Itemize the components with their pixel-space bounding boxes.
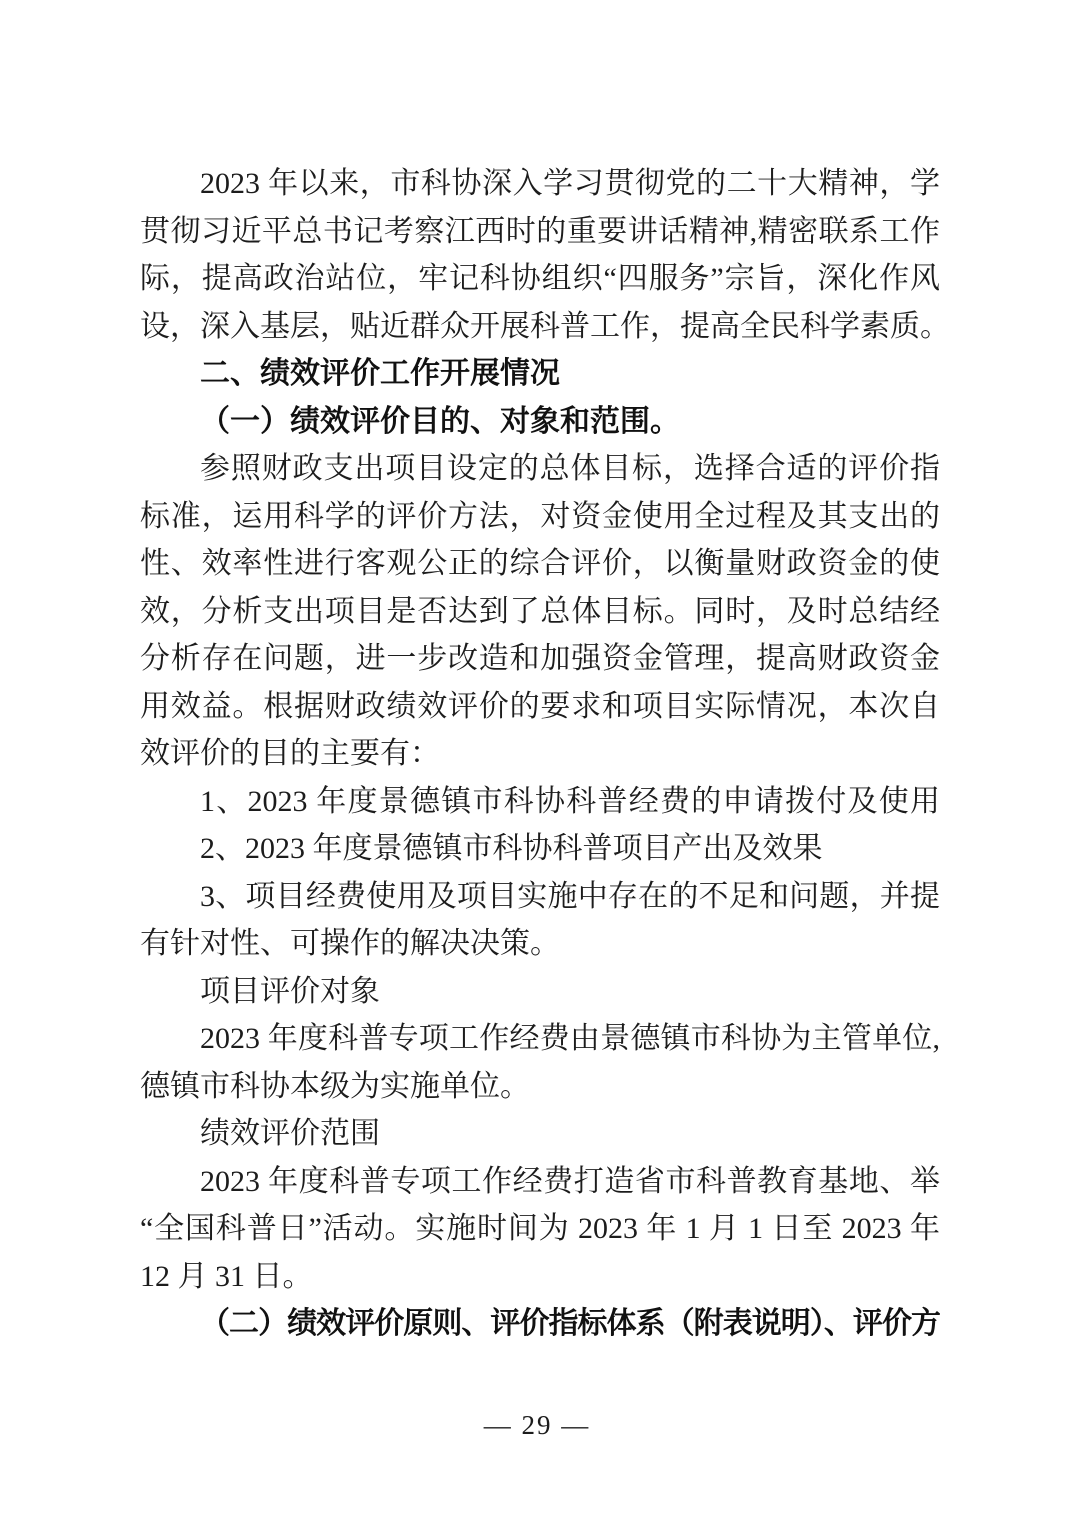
body-line: 分析存在问题，进一步改造和加强资金管理，提高财政资金的使 [140,635,940,683]
body-line: 12 月 31 日。 [140,1253,940,1301]
body-line: “全国科普日”活动。实施时间为 2023 年 1 月 1 日至 2023 年 [140,1205,940,1253]
body-line: 效评价的目的主要有： [140,730,940,778]
document-page: 2023 年以来，市科协深入学习贯彻党的二十大精神，学习 贯彻习近平总书记考察江… [0,0,1074,1520]
body-line: 2023 年度科普专项工作经费由景德镇市科协为主管单位,景 [140,1015,940,1063]
body-line: 绩效评价范围 [140,1110,940,1158]
list-item: 3、项目经费使用及项目实施中存在的不足和问题，并提出 [140,873,940,921]
body-line: 效，分析支出项目是否达到了总体目标。同时，及时总结经验， [140,588,940,636]
list-item: 2、2023 年度景德镇市科协科普项目产出及效果 [140,825,940,873]
page-number: — 29 — [0,1405,1074,1445]
body-line: 2023 年度科普专项工作经费打造省市科普教育基地、举办 [140,1158,940,1206]
body-line: 参照财政支出项目设定的总体目标，选择合适的评价指标和 [140,445,940,493]
body-line: 德镇市科协本级为实施单位。 [140,1063,940,1111]
body-line: 标准，运用科学的评价方法，对资金使用全过程及其支出的经济 [140,493,940,541]
document-body: 2023 年以来，市科协深入学习贯彻党的二十大精神，学习 贯彻习近平总书记考察江… [140,160,940,1348]
body-line: 设，深入基层，贴近群众开展科普工作，提高全民科学素质。 [140,303,940,351]
section-heading: 二、绩效评价工作开展情况 [140,350,940,398]
body-line: 2023 年以来，市科协深入学习贯彻党的二十大精神，学习 [140,160,940,208]
body-line: 际，提高政治站位，牢记科协组织“四服务”宗旨，深化作风建 [140,255,940,303]
body-line: 用效益。根据财政绩效评价的要求和项目实际情况，本次自行绩 [140,683,940,731]
subsection-heading: （一）绩效评价目的、对象和范围。 [140,398,940,446]
body-line: 贯彻习近平总书记考察江西时的重要讲话精神,精密联系工作实 [140,208,940,256]
body-line: 有针对性、可操作的解决决策。 [140,920,940,968]
subsection-heading: （二）绩效评价原则、评价指标体系（附表说明）、评价方 [140,1300,940,1348]
body-line: 性、效率性进行客观公正的综合评价，以衡量财政资金的使用绩 [140,540,940,588]
list-item: 1、2023 年度景德镇市科协科普经费的申请拨付及使用情况 [140,778,940,826]
body-line: 项目评价对象 [140,968,940,1016]
